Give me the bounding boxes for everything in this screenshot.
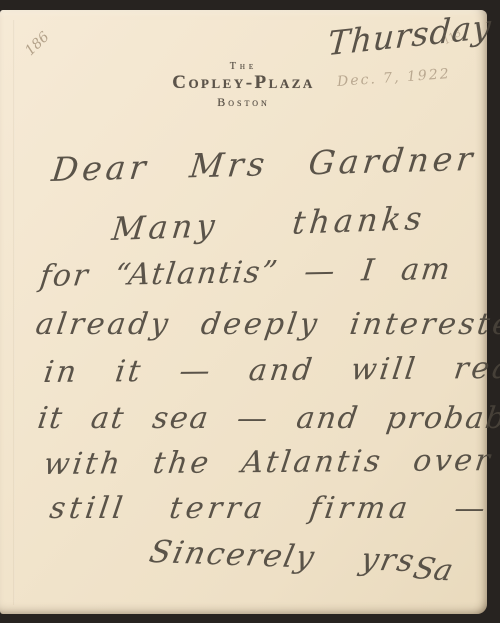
handwriting-line-7: still terra firma — bbox=[48, 491, 492, 526]
handwritten-salutation: Dear Mrs Gardner bbox=[50, 139, 479, 189]
letter-scan: The Copley-Plaza Boston 186 113 Dec. 7, … bbox=[0, 0, 500, 623]
handwriting-line-3: already deeply interested bbox=[34, 307, 500, 342]
handwriting-line-2: for “Atlantis” — I am bbox=[38, 252, 454, 294]
letterhead-city: Boston bbox=[0, 95, 487, 110]
pencil-number-top-left: 186 bbox=[22, 29, 52, 59]
handwritten-dateline: Thursday bbox=[327, 7, 494, 64]
handwritten-closing: Sincerely yrs bbox=[146, 534, 419, 579]
letter-paper: The Copley-Plaza Boston 186 113 Dec. 7, … bbox=[0, 10, 487, 614]
handwriting-line-4: in it — and will read bbox=[42, 351, 500, 390]
handwriting-line-6: with the Atlantis over bbox=[42, 443, 495, 482]
handwriting-line-1: Many thanks bbox=[110, 199, 427, 248]
handwritten-signature-partial: Sa bbox=[410, 551, 457, 588]
handwriting-line-5: it at sea — and probably bbox=[36, 401, 500, 436]
